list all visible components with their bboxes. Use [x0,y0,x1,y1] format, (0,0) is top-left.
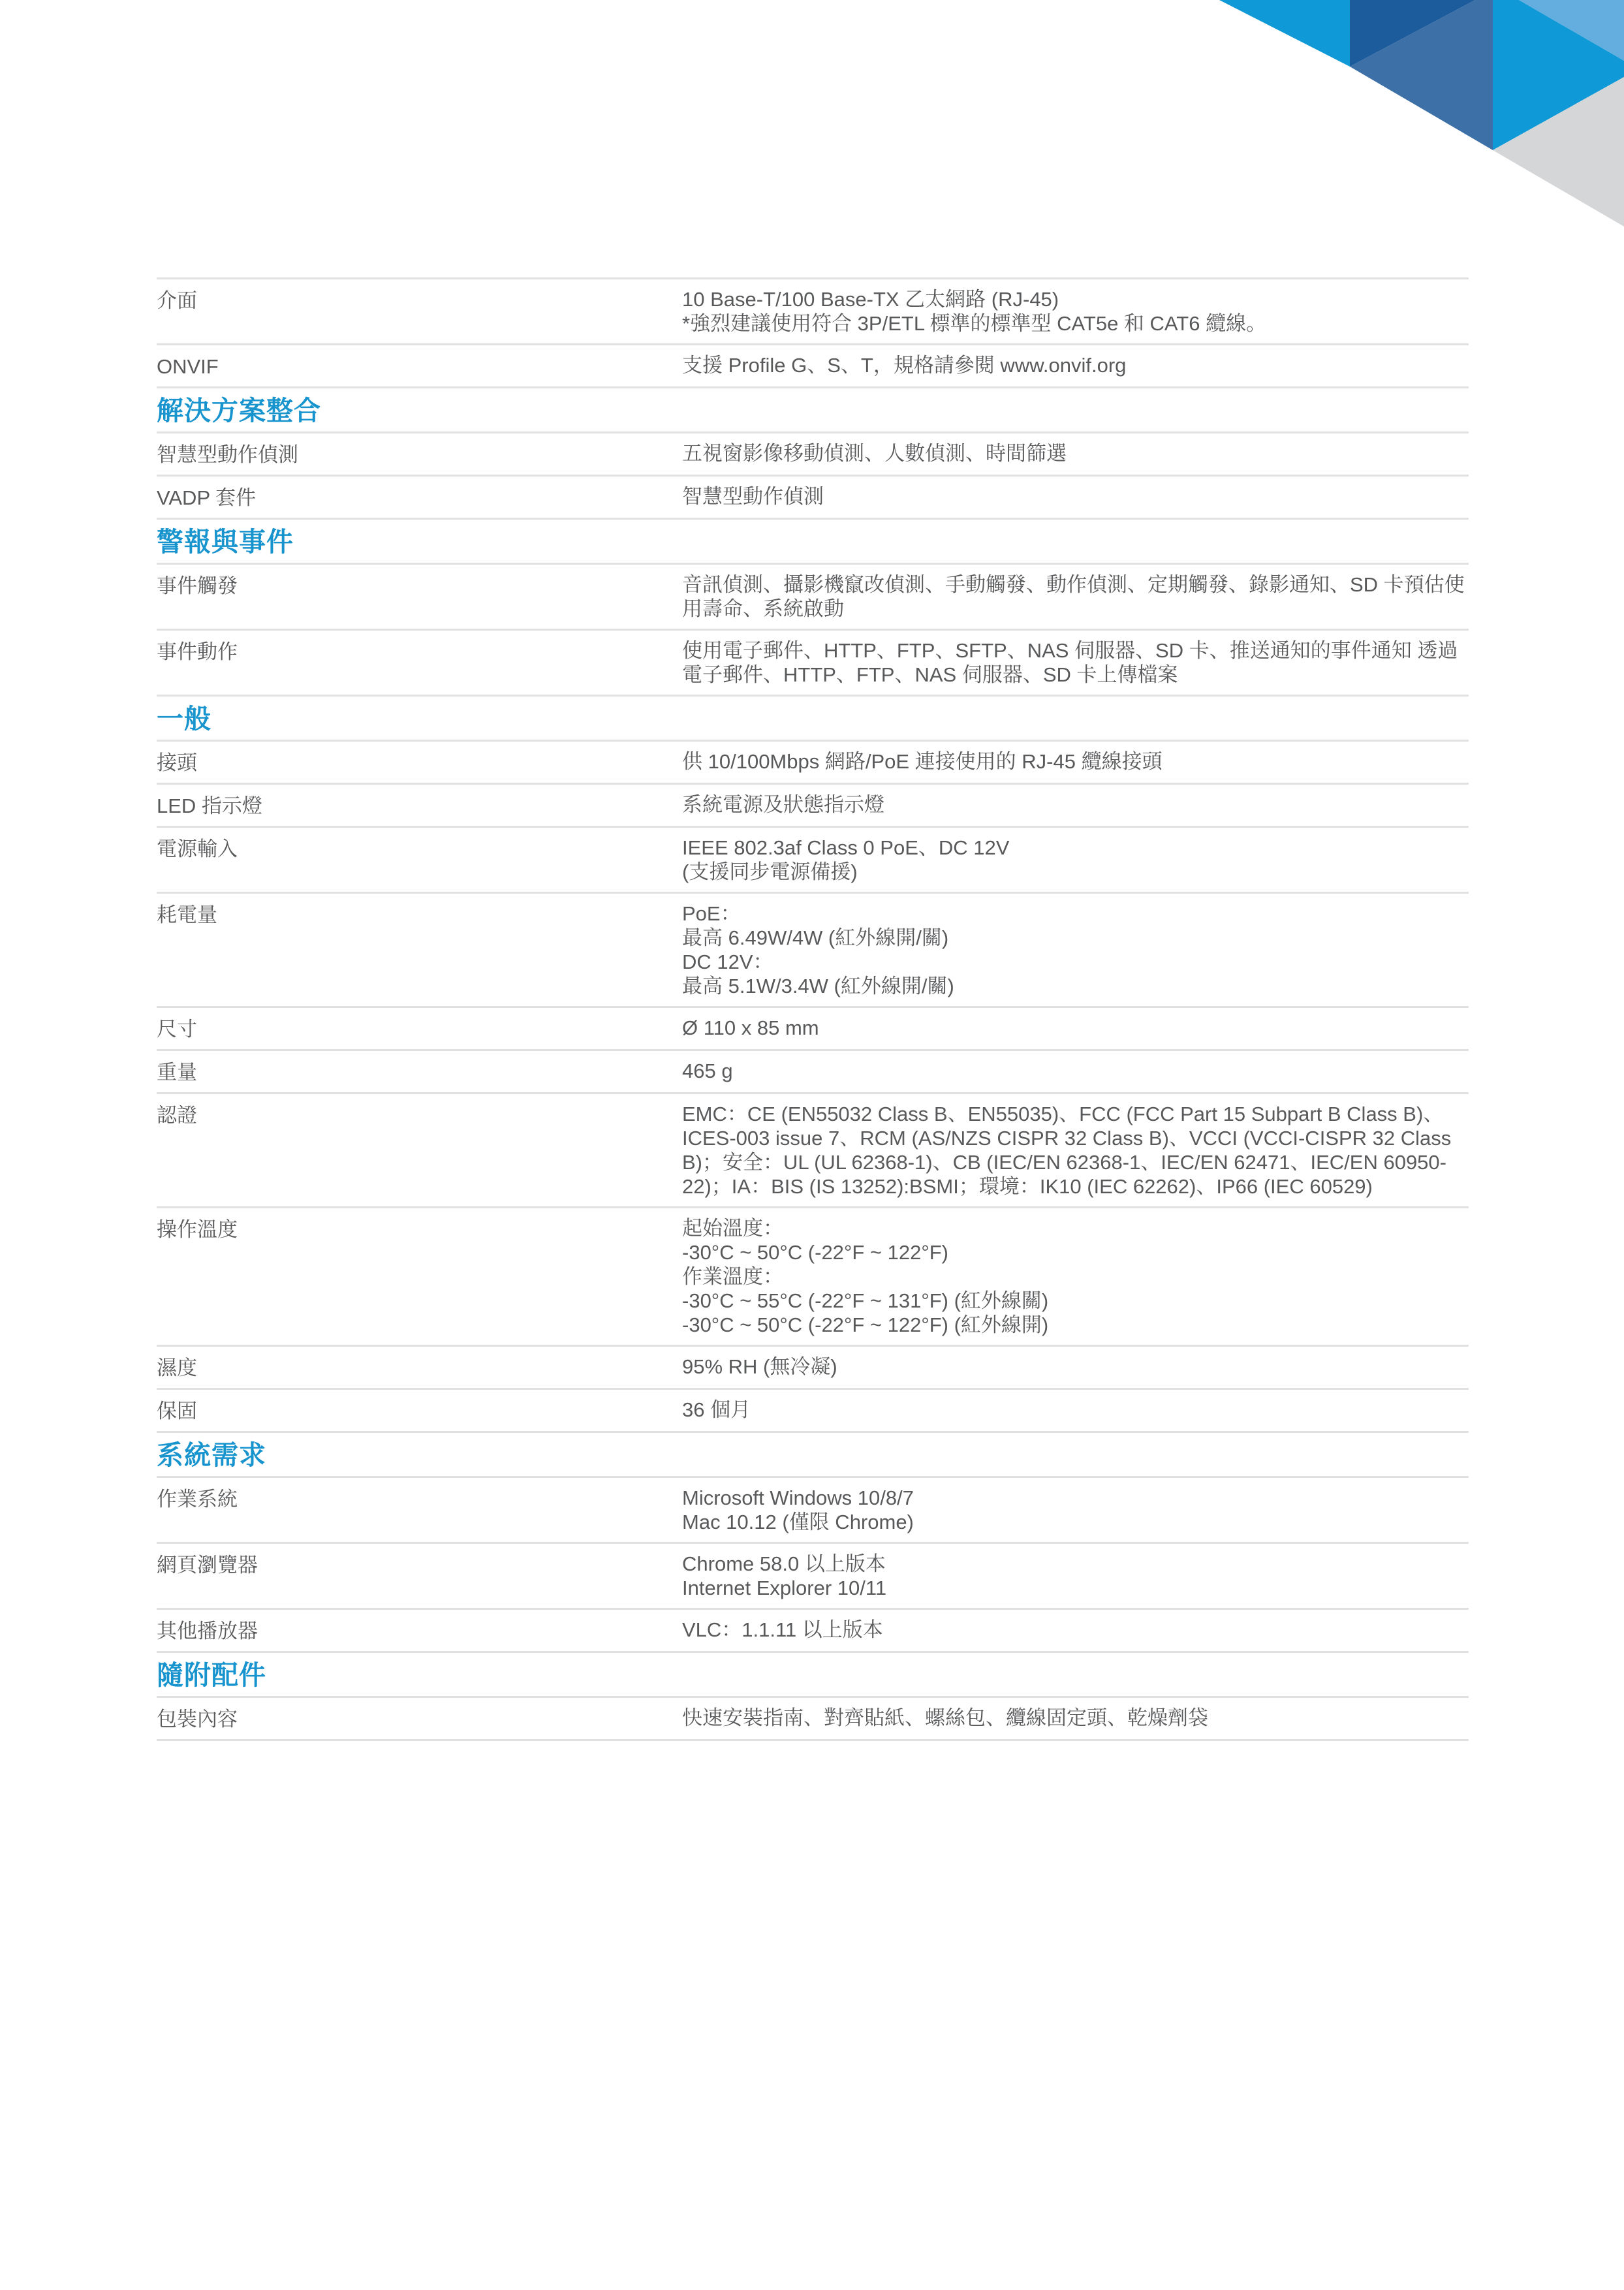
spec-value: 95% RH (無冷凝) [682,1355,1469,1379]
triangle-bright-blue-left [1219,0,1350,67]
spec-value-line: 使用電子郵件、HTTP、FTP、SFTP、NAS 伺服器、SD 卡、推送通知的事… [682,638,1469,687]
spec-value-line: 供 10/100Mbps 網路/PoE 連接使用的 RJ-45 纜線接頭 [682,749,1469,774]
spec-value-line: VLC：1.1.11 以上版本 [682,1618,1469,1642]
spec-row: 介面 10 Base-T/100 Base-TX 乙太網路 (RJ-45)*強烈… [157,279,1469,345]
spec-row: 濕度 95% RH (無冷凝) [157,1347,1469,1390]
datasheet-page: 介面 10 Base-T/100 Base-TX 乙太網路 (RJ-45)*強烈… [0,0,1624,2290]
spec-row: 耗電量 PoE：最高 6.49W/4W (紅外線開/關)DC 12V：最高 5.… [157,894,1469,1008]
spec-value-line: 最高 5.1W/3.4W (紅外線開/關) [682,974,1469,998]
spec-value: 智慧型動作偵測 [682,484,1469,509]
spec-row: 其他播放器 VLC：1.1.11 以上版本 [157,1610,1469,1653]
spec-label: LED 指示燈 [157,792,682,818]
spec-value: Microsoft Windows 10/8/7Mac 10.12 (僅限 Ch… [682,1486,1469,1534]
spec-value: 系統電源及狀態指示燈 [682,792,1469,817]
spec-value: Ø 110 x 85 mm [682,1016,1469,1040]
spec-value: IEEE 802.3af Class 0 PoE、DC 12V(支援同步電源備援… [682,836,1469,884]
spec-label: 事件動作 [157,638,682,664]
spec-row: 重量 465 g [157,1051,1469,1094]
spec-label: 操作溫度 [157,1216,682,1242]
spec-label: 其他播放器 [157,1618,682,1643]
section-header: 警報與事件 [157,520,1469,565]
spec-value-line: Ø 110 x 85 mm [682,1016,1469,1040]
section-header: 解決方案整合 [157,388,1469,433]
spec-label: VADP 套件 [157,484,682,510]
spec-value-line: Chrome 58.0 以上版本 [682,1552,1469,1576]
spec-label: 尺寸 [157,1016,682,1041]
spec-value-line: Mac 10.12 (僅限 Chrome) [682,1510,1469,1534]
spec-row: 接頭 供 10/100Mbps 網路/PoE 連接使用的 RJ-45 纜線接頭 [157,742,1469,785]
spec-label: 保固 [157,1398,682,1423]
section-header-label: 警報與事件 [157,527,294,557]
spec-row: 事件觸發 音訊偵測、攝影機竄改偵測、手動觸發、動作偵測、定期觸發、錄影通知、SD… [157,565,1469,631]
spec-value: 使用電子郵件、HTTP、FTP、SFTP、NAS 伺服器、SD 卡、推送通知的事… [682,638,1469,687]
spec-value: 支援 Profile G、S、T，規格請參閱 www.onvif.org [682,353,1469,377]
spec-row: 包裝內容 快速安裝指南、對齊貼紙、螺絲包、纜線固定頭、乾燥劑袋 [157,1698,1469,1741]
spec-row: 網頁瀏覽器 Chrome 58.0 以上版本Internet Explorer … [157,1544,1469,1610]
spec-value-line: (支援同步電源備援) [682,860,1469,884]
spec-label: 電源輸入 [157,836,682,861]
spec-value-line: IEEE 802.3af Class 0 PoE、DC 12V [682,836,1469,860]
spec-value-line: -30°C ~ 50°C (-22°F ~ 122°F) [682,1240,1469,1264]
spec-row: 電源輸入 IEEE 802.3af Class 0 PoE、DC 12V(支援同… [157,828,1469,894]
spec-value-line: 支援 Profile G、S、T，規格請參閱 www.onvif.org [682,353,1469,377]
spec-label: 智慧型動作偵測 [157,441,682,467]
spec-value: PoE：最高 6.49W/4W (紅外線開/關)DC 12V：最高 5.1W/3… [682,902,1469,998]
spec-label: 事件觸發 [157,572,682,598]
spec-value-line: DC 12V： [682,950,1469,974]
spec-value-line: EMC：CE (EN55032 Class B、EN55035)、FCC (FC… [682,1102,1469,1199]
spec-value: EMC：CE (EN55032 Class B、EN55035)、FCC (FC… [682,1102,1469,1199]
spec-row: 尺寸 Ø 110 x 85 mm [157,1008,1469,1051]
spec-value: 36 個月 [682,1398,1469,1422]
spec-value-line: 作業溫度： [682,1264,1469,1289]
spec-value: 快速安裝指南、對齊貼紙、螺絲包、纜線固定頭、乾燥劑袋 [682,1706,1469,1730]
spec-row: 作業系統 Microsoft Windows 10/8/7Mac 10.12 (… [157,1478,1469,1544]
spec-row: 智慧型動作偵測 五視窗影像移動偵測、人數偵測、時間篩選 [157,433,1469,477]
spec-label: 網頁瀏覽器 [157,1552,682,1577]
spec-value-line: 五視窗影像移動偵測、人數偵測、時間篩選 [682,441,1469,465]
spec-value-line: 智慧型動作偵測 [682,484,1469,509]
spec-value-line: 465 g [682,1059,1469,1083]
spec-label: 接頭 [157,749,682,775]
spec-value-line: 快速安裝指南、對齊貼紙、螺絲包、纜線固定頭、乾燥劑袋 [682,1706,1469,1730]
spec-row: LED 指示燈 系統電源及狀態指示燈 [157,785,1469,828]
spec-row: ONVIF 支援 Profile G、S、T，規格請參閱 www.onvif.o… [157,345,1469,388]
spec-value-line: 音訊偵測、攝影機竄改偵測、手動觸發、動作偵測、定期觸發、錄影通知、SD 卡預估使… [682,572,1469,621]
spec-value-line: 95% RH (無冷凝) [682,1355,1469,1379]
spec-row: VADP 套件 智慧型動作偵測 [157,477,1469,520]
section-header-label: 一般 [157,704,211,734]
spec-value: 465 g [682,1059,1469,1083]
spec-value-line: *強烈建議使用符合 3P/ETL 標準的標準型 CAT5e 和 CAT6 纜線。 [682,311,1469,336]
spec-label: ONVIF [157,353,682,379]
spec-label: 耗電量 [157,902,682,927]
spec-value-line: 起始溫度： [682,1216,1469,1240]
spec-value-line: 系統電源及狀態指示燈 [682,792,1469,817]
spec-value-line: 36 個月 [682,1398,1469,1422]
spec-table: 介面 10 Base-T/100 Base-TX 乙太網路 (RJ-45)*強烈… [157,277,1469,1741]
spec-label: 介面 [157,287,682,313]
spec-value: 起始溫度：-30°C ~ 50°C (-22°F ~ 122°F)作業溫度：-3… [682,1216,1469,1337]
corner-decoration [0,0,1624,227]
spec-row: 操作溫度 起始溫度：-30°C ~ 50°C (-22°F ~ 122°F)作業… [157,1208,1469,1347]
spec-label: 包裝內容 [157,1706,682,1731]
section-header-label: 系統需求 [157,1440,266,1470]
spec-row: 保固 36 個月 [157,1390,1469,1433]
spec-value-line: PoE： [682,902,1469,926]
spec-value: 供 10/100Mbps 網路/PoE 連接使用的 RJ-45 纜線接頭 [682,749,1469,774]
spec-label: 濕度 [157,1355,682,1380]
section-header-label: 隨附配件 [157,1660,266,1690]
spec-value: 五視窗影像移動偵測、人數偵測、時間篩選 [682,441,1469,465]
spec-row: 認證 EMC：CE (EN55032 Class B、EN55035)、FCC … [157,1094,1469,1208]
spec-row: 事件動作 使用電子郵件、HTTP、FTP、SFTP、NAS 伺服器、SD 卡、推… [157,631,1469,697]
spec-value-line: -30°C ~ 55°C (-22°F ~ 131°F) (紅外線關) [682,1289,1469,1313]
spec-label: 作業系統 [157,1486,682,1511]
section-header: 隨附配件 [157,1653,1469,1698]
spec-value: Chrome 58.0 以上版本Internet Explorer 10/11 [682,1552,1469,1600]
spec-value-line: 10 Base-T/100 Base-TX 乙太網路 (RJ-45) [682,287,1469,311]
spec-label: 重量 [157,1059,682,1084]
spec-value-line: 最高 6.49W/4W (紅外線開/關) [682,926,1469,950]
spec-value-line: Microsoft Windows 10/8/7 [682,1486,1469,1510]
section-header: 一般 [157,697,1469,742]
spec-label: 認證 [157,1102,682,1127]
spec-value: 音訊偵測、攝影機竄改偵測、手動觸發、動作偵測、定期觸發、錄影通知、SD 卡預估使… [682,572,1469,621]
section-header: 系統需求 [157,1433,1469,1478]
section-header-label: 解決方案整合 [157,396,321,426]
spec-value-line: Internet Explorer 10/11 [682,1576,1469,1600]
spec-value: 10 Base-T/100 Base-TX 乙太網路 (RJ-45)*強烈建議使… [682,287,1469,336]
spec-value-line: -30°C ~ 50°C (-22°F ~ 122°F) (紅外線開) [682,1313,1469,1337]
spec-value: VLC：1.1.11 以上版本 [682,1618,1469,1642]
